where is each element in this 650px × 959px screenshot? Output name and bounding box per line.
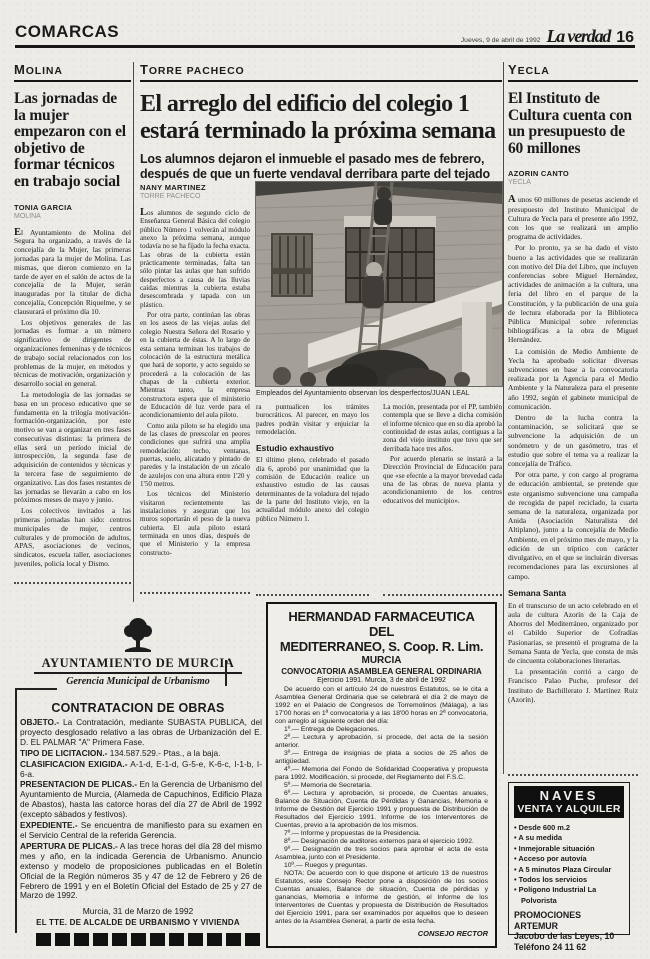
article-paragraph: La metodología de las jornadas se basa e… bbox=[14, 391, 131, 505]
byline-place: YECLA bbox=[508, 179, 638, 186]
tree-logo-icon bbox=[121, 616, 155, 654]
separator-dotted bbox=[256, 594, 369, 596]
separator-dotted bbox=[14, 582, 131, 584]
issue-date: Jueves, 9 de abril de 1992 bbox=[461, 37, 541, 44]
ad-feature: Acceso por autovía bbox=[514, 854, 624, 864]
ad-signature: CONSEJO RECTOR bbox=[275, 929, 488, 938]
ad-signature: EL TTE. DE ALCALDE DE URBANISMO Y VIVIEN… bbox=[14, 918, 262, 927]
article-body: El Ayuntamiento de Molina del Segura ha … bbox=[14, 229, 131, 569]
article-paragraph: La presentación corrió a cargo de Franci… bbox=[508, 667, 638, 704]
article-body: Los alumnos de segundo ciclo de Enseñanz… bbox=[140, 209, 250, 557]
masthead: Jueves, 9 de abril de 1992 La verdad 16 bbox=[461, 26, 634, 47]
ad-bracket-line bbox=[15, 688, 57, 690]
photo-illustration bbox=[256, 182, 502, 386]
ad-clause: TIPO DE LICITACION.- 134.587.529.- Ptas.… bbox=[20, 749, 262, 759]
column-rule-left bbox=[133, 62, 134, 602]
article-paragraph: La moción, presentada por el PP, también… bbox=[383, 403, 502, 453]
ad-dateline: Ejercicio 1991. Murcia, 3 de abril de 19… bbox=[275, 677, 488, 684]
ad-feature: Inmejorable situación bbox=[514, 844, 624, 854]
ad-agenda-item: 9º.— Designación de tres socios para apr… bbox=[275, 846, 488, 862]
article-body: ra puntualicen los trámites burocráticos… bbox=[256, 403, 369, 523]
article-paragraph: El Ayuntamiento de Molina del Segura ha … bbox=[14, 229, 131, 317]
byline-place: MOLINA bbox=[14, 213, 131, 220]
ad-subtitle: CONVOCATORIA ASAMBLEA GENERAL ORDINARIA bbox=[275, 667, 488, 676]
ad-agenda-item: 3º.— Entrega de insignias de plata a soc… bbox=[275, 750, 488, 766]
article-paragraph: Por otra parte, y con cargo al programa … bbox=[508, 470, 638, 580]
article-paragraph: En el transcurso de un acto celebrado en… bbox=[508, 601, 638, 665]
ad-feature: Desde 600 m.2 bbox=[514, 823, 624, 833]
article-paragraph: Como aula piloto se ha elegido una de la… bbox=[140, 422, 250, 489]
photo-caption: Empleados del Ayuntamiento observan los … bbox=[256, 389, 502, 398]
article-torre-pacheco-header: TORRE PACHECO El arreglo del edificio de… bbox=[140, 62, 502, 182]
ad-phone: Teléfono 24 11 62 bbox=[514, 942, 624, 953]
article-paragraph: La comisión de Medio Ambiente de Yecla h… bbox=[508, 347, 638, 411]
kicker-torre-pacheco: TORRE PACHECO bbox=[140, 62, 502, 82]
newspaper-page: COMARCAS Jueves, 9 de abril de 1992 La v… bbox=[0, 0, 650, 959]
article-body: La moción, presentada por el PP, también… bbox=[383, 403, 502, 505]
article-paragraph: Los colectivos invitados a las primeras … bbox=[14, 507, 131, 569]
ad-clauses: OBJETO.- La Contratación, mediante SUBAS… bbox=[20, 718, 262, 901]
ad-feature: Todos los servicios bbox=[514, 875, 624, 885]
ad-title-band: NAVES VENTA Y ALQUILER bbox=[514, 786, 624, 818]
article-yecla: YECLA El Instituto de Cultura cuenta con… bbox=[508, 62, 638, 770]
ad-clause: APERTURA DE PLICAS.- A las trece horas d… bbox=[20, 842, 262, 901]
ad-organization: AYUNTAMIENTO DE MURCIA bbox=[34, 656, 243, 674]
article-column-1: NANY MARTINEZ TORRE PACHECO Los alumnos … bbox=[140, 183, 250, 590]
ad-title: CONTRATACION DE OBRAS bbox=[14, 701, 262, 715]
byline-author: AZORIN CANTO bbox=[508, 169, 638, 178]
newspaper-logo: La verdad bbox=[547, 26, 611, 47]
kicker-yecla: YECLA bbox=[508, 62, 638, 82]
ad-agenda-item: 1º.— Entrega de Delegaciones. bbox=[275, 726, 488, 734]
ad-bracket-line bbox=[15, 688, 17, 933]
ad-feature: A su medida bbox=[514, 833, 624, 843]
ad-clause: CLASIFICACION EXIGIDA.- A-1-d, E-1-d, G-… bbox=[20, 760, 262, 780]
separator-dotted bbox=[140, 592, 250, 594]
article-column-3: La moción, presentada por el PP, también… bbox=[383, 401, 502, 591]
article-paragraph: El último pleno, celebrado el pasado día… bbox=[256, 456, 369, 523]
ad-title-line1: HERMANDAD FARMACEUTICA DEL bbox=[275, 609, 488, 639]
byline-place: TORRE PACHECO bbox=[140, 193, 250, 200]
headline-yecla: El Instituto de Cultura cuenta con un pr… bbox=[508, 91, 638, 157]
ad-agenda-item: 5º.— Memoria de Secretaría. bbox=[275, 782, 488, 790]
article-paragraph: Los técnicos del Ministerio visitaron re… bbox=[140, 490, 250, 557]
headline-molina: Las jornadas de la mujer empezaron con e… bbox=[14, 91, 131, 191]
subheadline-torre-pacheco: Los alumnos dejaron el inmueble el pasad… bbox=[140, 152, 502, 182]
article-photo bbox=[256, 182, 502, 386]
separator-squares bbox=[36, 933, 260, 946]
headline-torre-pacheco: El arreglo del edificio del colegio 1 es… bbox=[140, 91, 502, 145]
kicker-molina: MOLINA bbox=[14, 62, 131, 82]
ad-agenda-item: 10º.— Ruegos y preguntas. bbox=[275, 862, 488, 870]
article-paragraph: Dentro de la lucha contra la contaminaci… bbox=[508, 413, 638, 468]
ad-address: Jacobo de las Leyes, 10 bbox=[514, 931, 624, 942]
ad-bracket-line bbox=[225, 660, 227, 686]
article-paragraph: A unos 60 millones de pesetas asciende e… bbox=[508, 195, 638, 241]
ad-company-block: PROMOCIONES ARTEMUR Jacobo de las Leyes,… bbox=[514, 910, 624, 952]
ad-agenda-item: 6º.— Lectura y aprobación, si procede, d… bbox=[275, 790, 488, 830]
ad-date: Murcia, 31 de Marzo de 1992 bbox=[14, 906, 262, 916]
byline-molina: TONIA GARCIA MOLINA bbox=[14, 203, 131, 220]
ad-title-line2: MEDITERRANEO, S. Coop. R. Lim. bbox=[275, 639, 488, 654]
ad-naves: NAVES VENTA Y ALQUILER Desde 600 m.2 A s… bbox=[508, 782, 630, 935]
ad-feature: A 5 minutos Plaza Circular bbox=[514, 865, 624, 875]
ad-title: NAVES bbox=[514, 788, 624, 803]
ad-agenda-item: 4º.— Memoria del Fondo de Solidaridad Co… bbox=[275, 766, 488, 782]
article-paragraph: Los alumnos de segundo ciclo de Enseñanz… bbox=[140, 209, 250, 309]
article-subhead: Estudio exhaustivo bbox=[256, 443, 369, 453]
ad-city: MURCIA bbox=[275, 655, 488, 666]
article-subhead: Semana Santa bbox=[508, 588, 638, 598]
byline-yecla: AZORIN CANTO YECLA bbox=[508, 169, 638, 186]
ad-clause: PRESENTACION DE PLICAS.- En la Gerencia … bbox=[20, 780, 262, 820]
article-paragraph: Por acuerdo plenario se instará a la Dir… bbox=[383, 455, 502, 505]
separator-dotted bbox=[508, 774, 638, 776]
ad-agenda-item: 2º.— Lectura y aprobación, si procede, d… bbox=[275, 734, 488, 750]
article-paragraph: Por lo pronto, ya se ha dado el visto bu… bbox=[508, 243, 638, 344]
byline-author: NANY MARTINEZ bbox=[140, 183, 250, 192]
header-rule bbox=[15, 45, 635, 48]
ad-feature: Polígono Industrial La Polvorista bbox=[514, 885, 624, 906]
ad-intro: De acuerdo con el artículo 24 de nuestro… bbox=[275, 686, 488, 726]
article-column-2: ra puntualicen los trámites burocráticos… bbox=[256, 401, 369, 591]
article-paragraph: Por otra parte, continúan las obras en l… bbox=[140, 311, 250, 419]
ad-agenda-item: 8º.— Designación de auditores externos p… bbox=[275, 838, 488, 846]
ad-clause: OBJETO.- La Contratación, mediante SUBAS… bbox=[20, 718, 262, 748]
article-molina: MOLINA Las jornadas de la mujer empezaro… bbox=[14, 62, 131, 580]
ad-note: NOTA: De acuerdo con lo que dispone el a… bbox=[275, 870, 488, 926]
ad-agenda-item: 7º.— Informe y propuestas de la Presiden… bbox=[275, 830, 488, 838]
article-paragraph: ra puntualicen los trámites burocráticos… bbox=[256, 403, 369, 436]
separator-dotted bbox=[383, 594, 502, 596]
ad-subtitle: VENTA Y ALQUILER bbox=[514, 803, 624, 815]
article-paragraph: Los objetivos generales de las jornadas … bbox=[14, 319, 131, 389]
ad-company: PROMOCIONES ARTEMUR bbox=[514, 910, 624, 931]
section-title: COMARCAS bbox=[15, 22, 119, 42]
ad-clause: EXPEDIENTE.- Se encuentra de manifiesto … bbox=[20, 821, 262, 841]
ad-feature-list: Desde 600 m.2 A su medida Inmejorable si… bbox=[514, 823, 624, 906]
byline-author: TONIA GARCIA bbox=[14, 203, 131, 212]
article-body: A unos 60 millones de pesetas asciende e… bbox=[508, 195, 638, 704]
column-rule-right bbox=[503, 62, 504, 774]
byline-torre-pacheco: NANY MARTINEZ TORRE PACHECO bbox=[140, 183, 250, 200]
ad-hermandad-farmaceutica: HERMANDAD FARMACEUTICA DEL MEDITERRANEO,… bbox=[266, 602, 497, 948]
